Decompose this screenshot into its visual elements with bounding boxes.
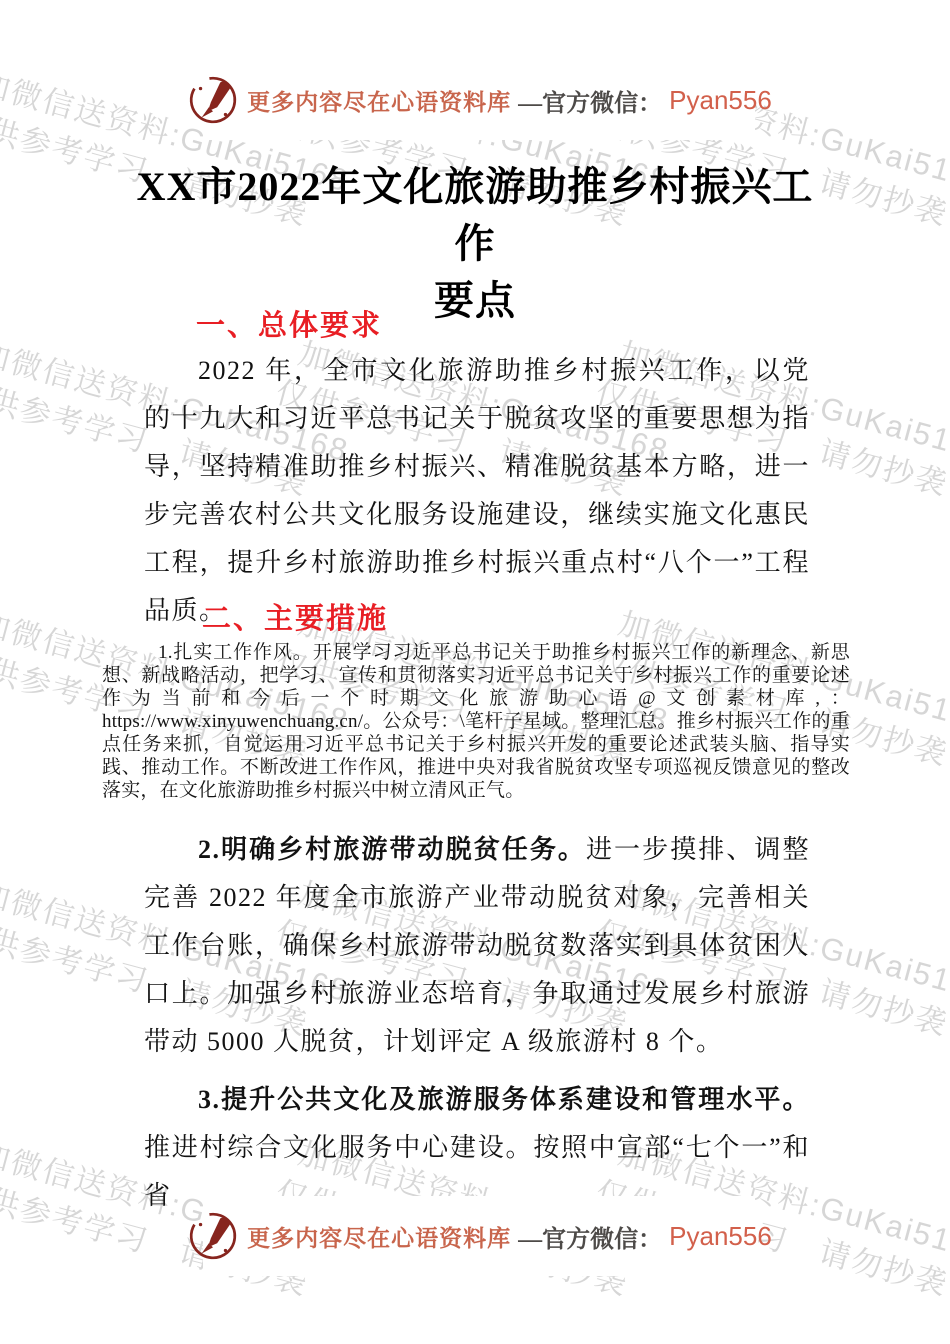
paragraph-2: 2.明确乡村旅游带动脱贫任务。进一步摸排、调整完善 2022 年度全市旅游产业带…: [144, 826, 810, 1066]
section-heading-2: 二、主要措施: [202, 596, 388, 637]
paragraph-2-lead: 2.明确乡村旅游带动脱贫任务。: [198, 835, 586, 864]
pen-nib-logo-icon: [186, 1209, 240, 1263]
pen-nib-logo-icon: [186, 73, 240, 127]
banner-wechat-id: Pyan556: [669, 85, 772, 116]
footer-banner: 更多内容尽在心语资料库 —官方微信： Pyan556: [203, 1196, 755, 1276]
banner-brand-text: 更多内容尽在心语资料库: [247, 84, 511, 117]
banner-brand-text: 更多内容尽在心语资料库: [247, 1220, 511, 1253]
note-paragraph: 1.扎实工作作风。开展学习习近平总书记关于助推乡村振兴工作的新理念、新思想、新战…: [102, 641, 850, 802]
banner-wechat-label: —官方微信：: [518, 1219, 662, 1254]
paragraph-2-body: 进一步摸排、调整完善 2022 年度全市旅游产业带动脱贫对象，完善相关工作台账，…: [144, 835, 810, 1056]
section-heading-1: 一、总体要求: [196, 303, 382, 344]
header-banner: 更多内容尽在心语资料库 —官方微信： Pyan556: [203, 60, 755, 140]
paragraph-3-lead: 3.提升公共文化及旅游服务体系建设和管理水平。: [198, 1085, 810, 1114]
page: 加微信送资料:GuKai5168仅供参考学习 请勿抄袭加微信送资料:GuKai5…: [0, 0, 950, 1344]
document-body: XX市2022年文化旅游助推乡村振兴工作 要点 一、总体要求 2022 年，全市…: [0, 0, 950, 1344]
banner-wechat-id: Pyan556: [669, 1221, 772, 1252]
paragraph-1: 2022 年，全市文化旅游助推乡村振兴工作，以党的十九大和习近平总书记关于脱贫攻…: [144, 347, 810, 635]
banner-wechat-label: —官方微信：: [518, 83, 662, 118]
title-line-1: XX市2022年文化旅游助推乡村振兴工作: [135, 158, 815, 272]
